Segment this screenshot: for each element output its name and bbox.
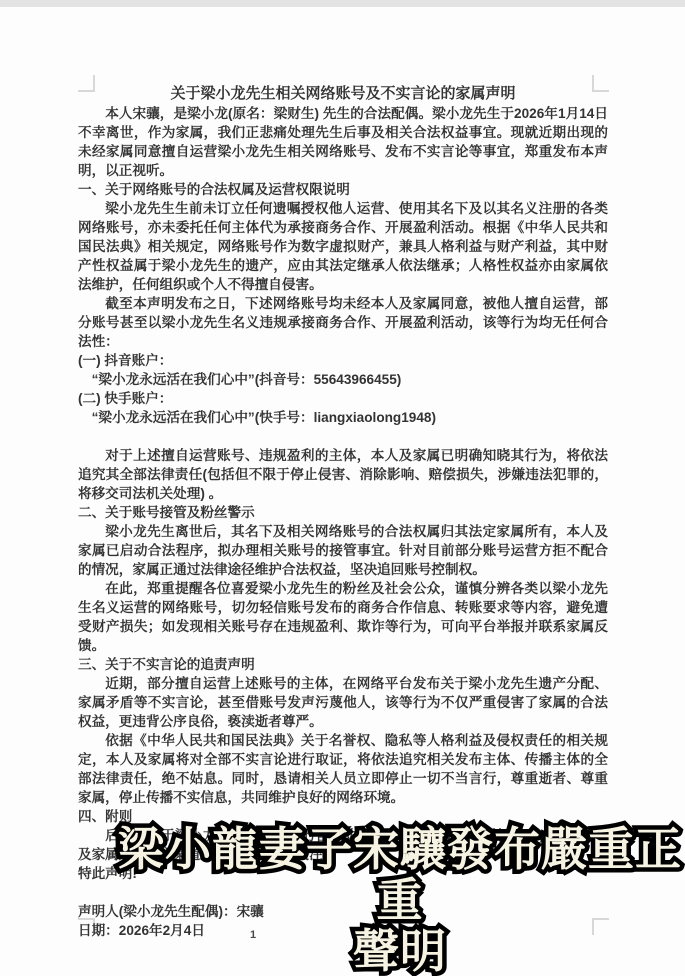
spacer xyxy=(78,427,608,446)
section-4-heading: 四、附则 xyxy=(78,807,608,826)
douyin-account-value: “梁小龙永远活在我们心中”(抖音号：55643966455) xyxy=(78,370,608,389)
document-page: 关于梁小龙先生相关网络账号及不实言论的家属声明 本人宋骧，是梁小龙(原名：梁财生… xyxy=(78,83,608,940)
section-3-paragraph-2: 依据《中华人民共和国民法典》关于名誉权、隐私等人格利益及侵权责任的相关规定，本人… xyxy=(78,731,608,807)
section-1-paragraph-2: 截至本声明发布之日，下述网络账号均未经本人及家属同意，被他人擅自运营，部分账号甚… xyxy=(78,294,608,351)
section-2-paragraph-1: 梁小龙先生离世后，其名下及相关网络账号的合法权属归其法定家属所有，本人及家属已启… xyxy=(78,522,608,579)
section-1-paragraph-3: 对于上述擅自运营账号、违规盈利的主体，本人及家属已明确知晓其行为，将依法追究其全… xyxy=(78,446,608,503)
document-body: 本人宋骧，是梁小龙(原名：梁财生) 先生的合法配偶。梁小龙先生于2026年1月1… xyxy=(78,104,608,940)
section-1-paragraph-1: 梁小龙先生生前未订立任何遗嘱授权他人运营、使用其名下及以其名义注册的各类网络账号… xyxy=(78,199,608,294)
document-title: 关于梁小龙先生相关网络账号及不实言论的家属声明 xyxy=(78,83,608,104)
intro-paragraph: 本人宋骧，是梁小龙(原名：梁财生) 先生的合法配偶。梁小龙先生于2026年1月1… xyxy=(78,104,608,180)
kuaishou-account-label: (二) 快手账户： xyxy=(78,389,608,408)
section-4-paragraph-1: 后续，关于梁小龙先生相关账号的官方动态、家属声明及合法授权事宜，将由本人及家属通… xyxy=(78,826,608,864)
kuaishou-account-value: “梁小龙永远活在我们心中”(快手号：liangxiaolong1948) xyxy=(78,408,608,427)
section-2-heading: 二、关于账号接管及粉丝警示 xyxy=(78,503,608,522)
closing-line: 特此声明! xyxy=(78,864,608,883)
date-line: 日期：2026年2月4日 xyxy=(78,921,608,940)
declarant-line: 声明人(梁小龙先生配偶)：宋骧 xyxy=(78,902,608,921)
section-2-paragraph-2: 在此，郑重提醒各位喜爱梁小龙先生的粉丝及社会公众，谨慎分辨各类以梁小龙先生名义运… xyxy=(78,579,608,655)
screenshot-root: 关于梁小龙先生相关网络账号及不实言论的家属声明 本人宋骧，是梁小龙(原名：梁财生… xyxy=(0,0,685,976)
section-3-paragraph-1: 近期，部分擅自运营上述账号的主体，在网络平台发布关于梁小龙先生遗产分配、家属矛盾… xyxy=(78,674,608,731)
spacer xyxy=(78,883,608,902)
photo-top-edge xyxy=(0,0,685,7)
page-number: 1 xyxy=(250,929,256,941)
section-1-heading: 一、关于网络账号的合法权属及运营权限说明 xyxy=(78,180,608,199)
section-3-heading: 三、关于不实言论的追责声明 xyxy=(78,655,608,674)
douyin-account-label: (一) 抖音账户： xyxy=(78,351,608,370)
